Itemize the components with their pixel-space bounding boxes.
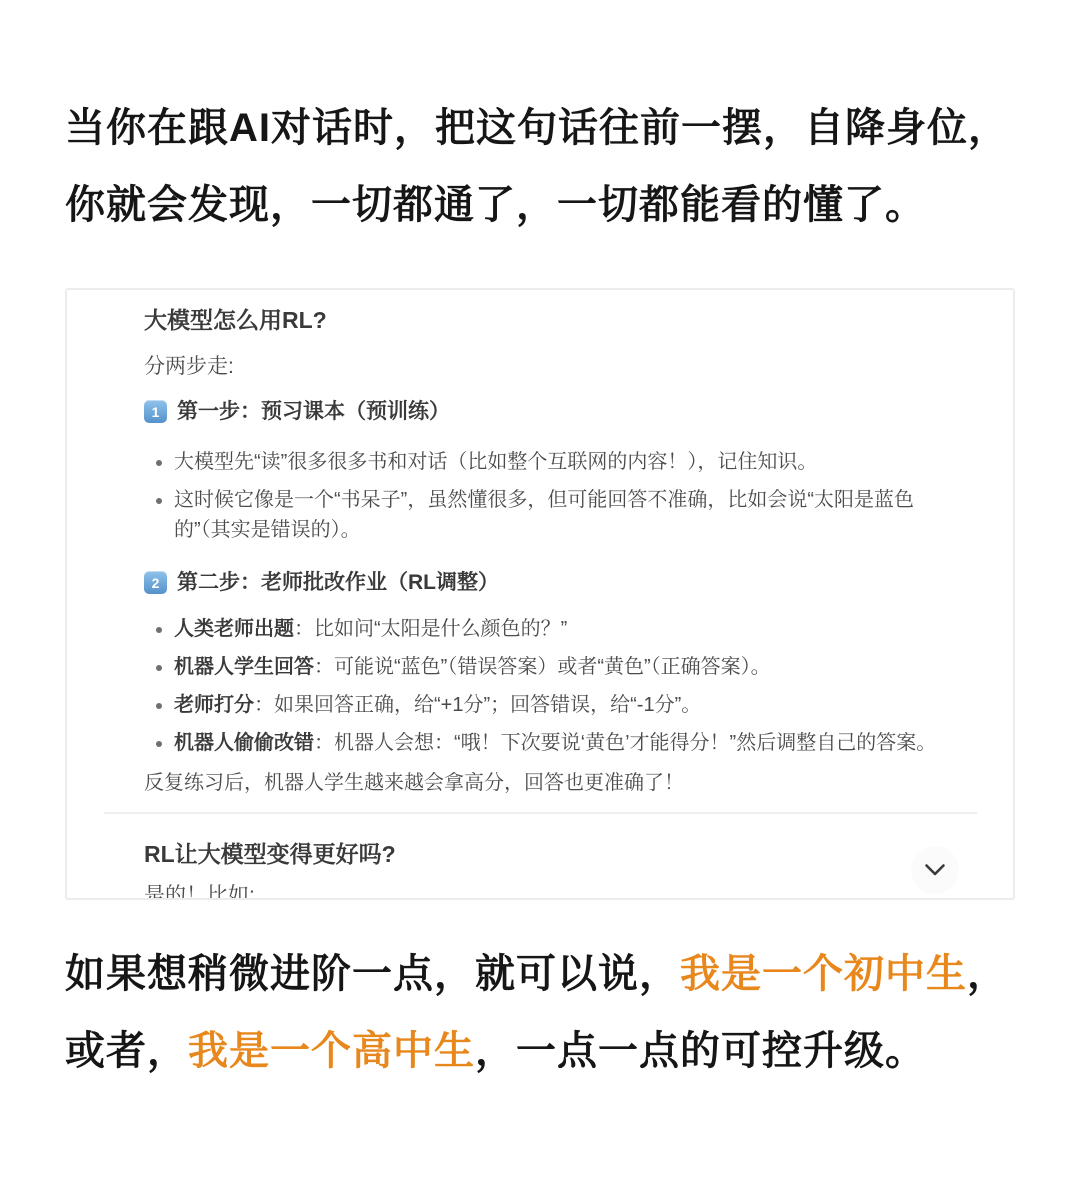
- list-item: 大模型先“读”很多很多书和对话（比如整个互联网的内容！），记住知识。: [144, 447, 939, 477]
- bullet-dot: [156, 703, 162, 709]
- step1-title: 第一步：预习课本（预训练）: [177, 398, 450, 425]
- intro-line-1: 当你在跟AI对话时，把这句话往前一摆，自降身位，: [65, 90, 1020, 167]
- card-heading-1: 大模型怎么用RL?: [144, 306, 939, 334]
- bullet-dot: [156, 498, 162, 504]
- list-item-text: 老师打分：如果回答正确，给“+1分”；回答错误，给“-1分”。: [174, 694, 701, 716]
- list-item-body: ：如果回答正确，给“+1分”；回答错误，给“-1分”。: [254, 694, 701, 716]
- list-item: 机器人偷偷改错：机器人会想：“哦！下次要说‘黄色’才能得分！”然后调整自己的答案…: [144, 728, 939, 758]
- bullet-dot: [156, 460, 162, 466]
- list-item-text: 人类老师出题：比如问“太阳是什么颜色的？”: [174, 618, 567, 640]
- card-subtitle: 分两步走:: [144, 354, 939, 380]
- list-item-text: 机器人偷偷改错：机器人会想：“哦！下次要说‘黄色’才能得分！”然后调整自己的答案…: [174, 732, 936, 754]
- step2-heading: 2 第二步：老师批改作业（RL调整）: [144, 569, 939, 596]
- outro-segment: 或者，: [65, 1029, 188, 1073]
- list-item-lead: 机器人学生回答: [174, 656, 314, 678]
- card-heading-2: RL让大模型变得更好吗?: [144, 840, 939, 868]
- list-item-text: 大模型先“读”很多很多书和对话（比如整个互联网的内容！），记住知识。: [174, 451, 817, 473]
- highlight-junior-student: 我是一个初中生: [680, 952, 967, 996]
- keycap-1-icon: 1: [144, 400, 167, 423]
- outro-text: 如果想稍微进阶一点，就可以说，我是一个初中生， 或者，我是一个高中生，一点一点的…: [65, 936, 1020, 1090]
- list-item-body: ：可能说“蓝色”（错误答案）或者“黄色”（正确答案）。: [314, 656, 771, 678]
- list-item-lead: 老师打分: [174, 694, 254, 716]
- outro-line-1: 如果想稍微进阶一点，就可以说，我是一个初中生，: [65, 936, 1020, 1013]
- outro-segment: 如果想稍微进阶一点，就可以说，: [65, 952, 680, 996]
- summary-text: 反复练习后，机器人学生越来越会拿高分，回答也更准确了！: [144, 770, 939, 796]
- list-item: 这时候它像是一个“书呆子”，虽然懂很多，但可能回答不准确，比如会说“太阳是蓝色的…: [144, 485, 939, 545]
- section-divider: [104, 812, 977, 814]
- list-item: 机器人学生回答：可能说“蓝色”（错误答案）或者“黄色”（正确答案）。: [144, 652, 939, 682]
- list-item-text: 机器人学生回答：可能说“蓝色”（错误答案）或者“黄色”（正确答案）。: [174, 656, 771, 678]
- list-item: 老师打分：如果回答正确，给“+1分”；回答错误，给“-1分”。: [144, 690, 939, 720]
- highlight-senior-student: 我是一个高中生: [188, 1029, 475, 1073]
- chevron-down-icon: [924, 863, 946, 877]
- article: 当你在跟AI对话时，把这句话往前一摆，自降身位， 你就会发现，一切都通了，一切都…: [0, 90, 1080, 1090]
- chat-answer-card: 大模型怎么用RL? 分两步走: 1 第一步：预习课本（预训练） 大模型先“读”很…: [65, 288, 1015, 900]
- bullet-dot: [156, 741, 162, 747]
- list-item-body: ：比如问“太阳是什么颜色的？”: [294, 618, 567, 640]
- outro-segment: ，: [967, 952, 1008, 996]
- list-item: 人类老师出题：比如问“太阳是什么颜色的？”: [144, 614, 939, 644]
- step2-title: 第二步：老师批改作业（RL调整）: [177, 569, 499, 596]
- page: { "colors": { "accent_orange": "#e8871c"…: [0, 0, 1080, 1184]
- list-item-body: ：机器人会想：“哦！下次要说‘黄色’才能得分！”然后调整自己的答案。: [314, 732, 936, 754]
- intro-text: 当你在跟AI对话时，把这句话往前一摆，自降身位， 你就会发现，一切都通了，一切都…: [65, 90, 1020, 244]
- bullet-dot: [156, 627, 162, 633]
- list-item-lead: 人类老师出题: [174, 618, 294, 640]
- outro-line-2: 或者，我是一个高中生，一点一点的可控升级。: [65, 1013, 1020, 1090]
- keycap-2-icon: 2: [144, 571, 167, 594]
- step1-heading: 1 第一步：预习课本（预训练）: [144, 398, 939, 425]
- partial-answer-text: 是的！比如:: [144, 883, 939, 900]
- outro-segment: ，一点一点的可控升级。: [475, 1029, 926, 1073]
- list-item-lead: 机器人偷偷改错: [174, 732, 314, 754]
- bullet-dot: [156, 665, 162, 671]
- intro-line-2: 你就会发现，一切都通了，一切都能看的懂了。: [65, 167, 1020, 244]
- list-item-text: 这时候它像是一个“书呆子”，虽然懂很多，但可能回答不准确，比如会说“太阳是蓝色的…: [174, 489, 914, 541]
- expand-button[interactable]: [911, 846, 959, 894]
